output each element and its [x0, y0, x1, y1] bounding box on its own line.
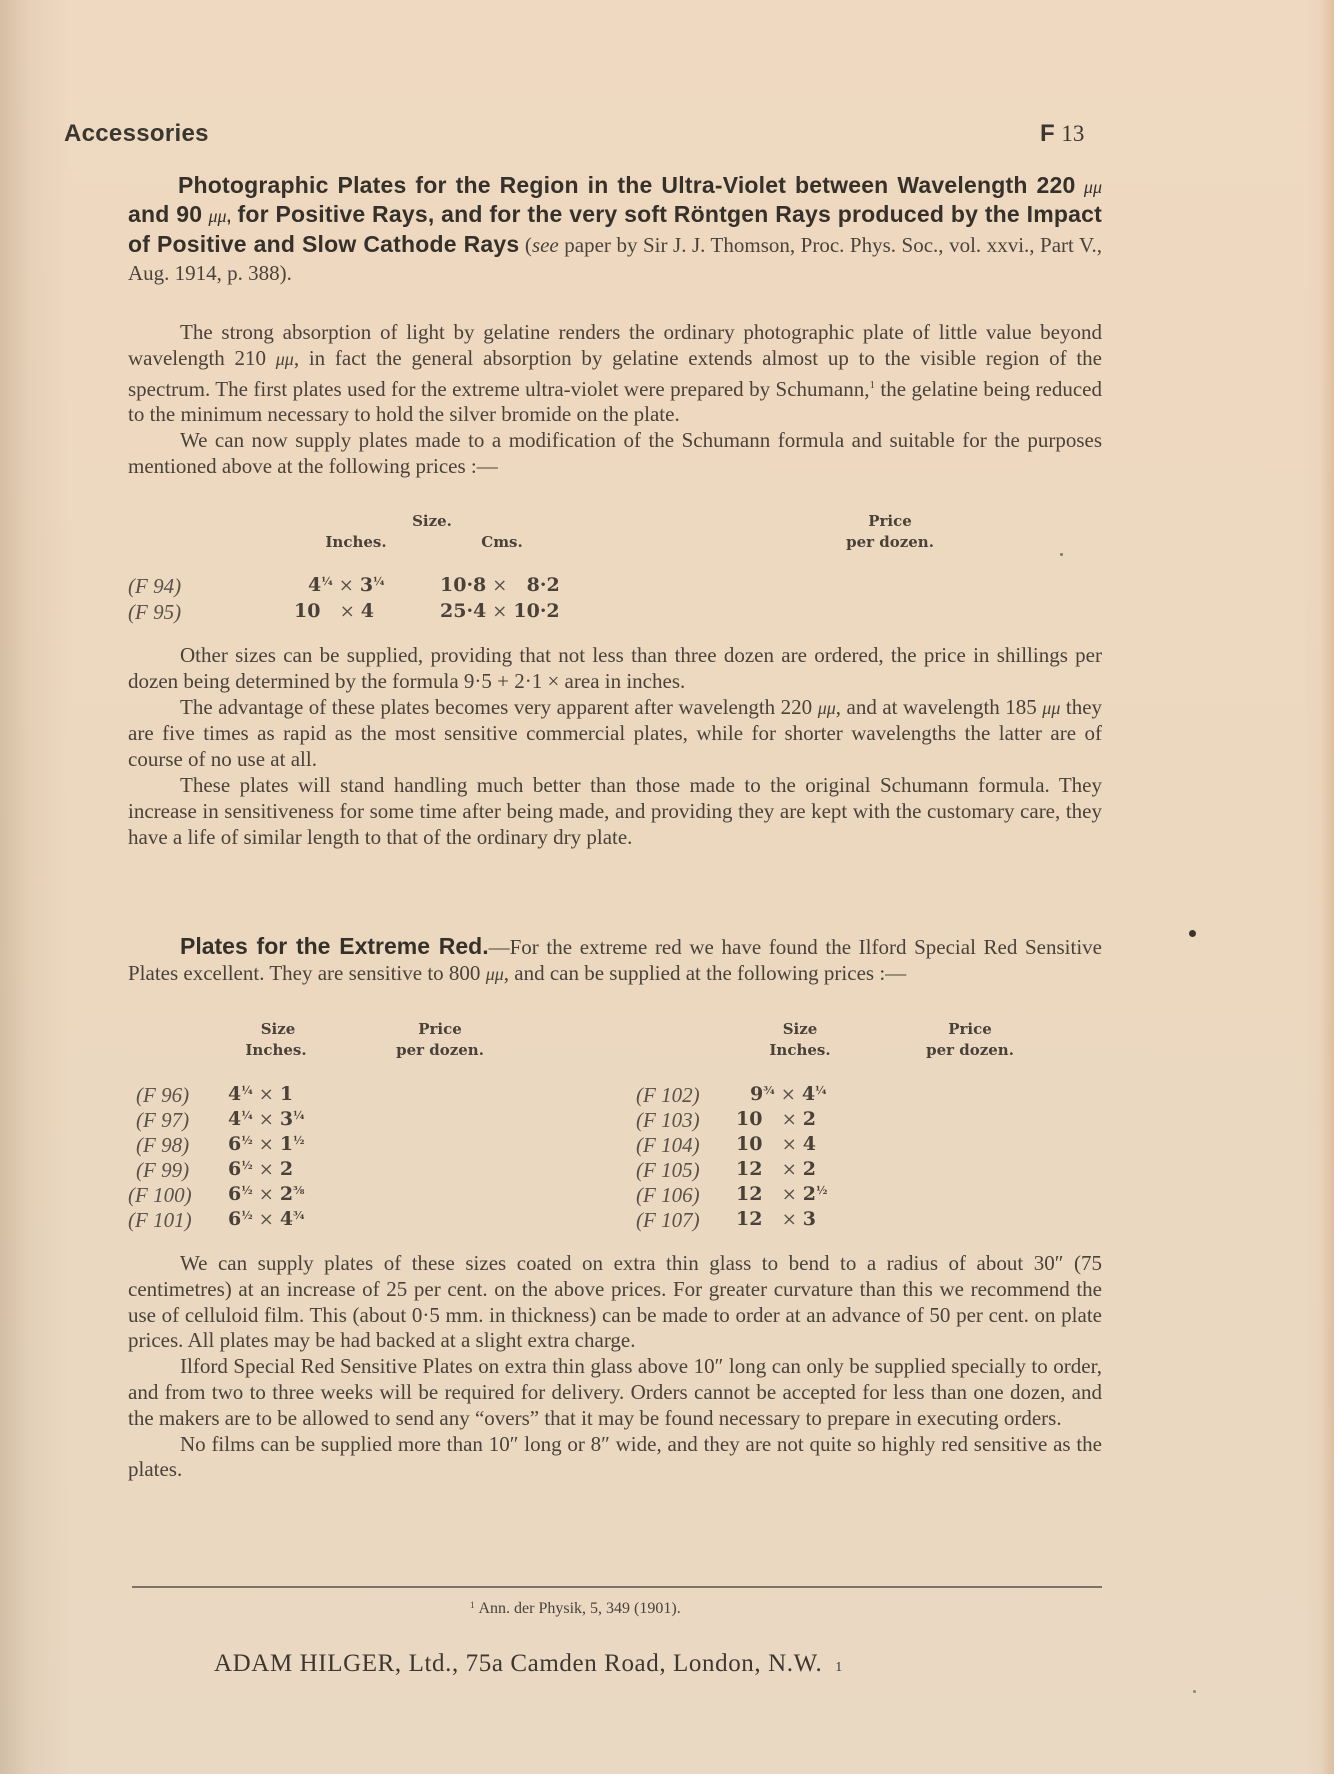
paper-speck [1060, 553, 1063, 556]
catalogue-page: Accessories F 13 Photographic Plates for… [0, 0, 1334, 1774]
table2-right-header-inches: Inches. [760, 1040, 840, 1060]
running-header-section: Accessories [64, 120, 209, 148]
table2-left-header-inches: Inches. [236, 1040, 316, 1060]
paragraph-films: No films can be supplied more than 10″ l… [128, 1432, 1102, 1484]
catalogue-code: (F 94) [128, 574, 181, 599]
paper-speck [1193, 1690, 1196, 1693]
section-title-ultra-violet: Photographic Plates for the Region in th… [128, 172, 1102, 287]
see-reference: see [532, 233, 559, 257]
table1-header-size: Size. [402, 511, 462, 531]
footnote-text: Ann. der Physik, 5, 349 (1901). [479, 1600, 681, 1617]
paragraph-supply-plates: We can now supply plates made to a modif… [128, 428, 1102, 480]
section-extreme-red-notes: We can supply plates of these sizes coat… [128, 1251, 1102, 1483]
section-title-extreme-red: Plates for the Extreme Red. [180, 933, 489, 959]
size-inches: 10 ×4 [294, 600, 374, 622]
unit-mu-mu: μμ [209, 206, 227, 226]
table2-right-header-size: Size [762, 1019, 838, 1039]
size-cms: 10·8× 8·2 [440, 574, 560, 596]
footnote: 1Ann. der Physik, 5, 349 (1901). [470, 1600, 681, 1618]
table1-header-cms: Cms. [472, 532, 532, 552]
footnote-divider [132, 1586, 1102, 1588]
table1-header-inches: Inches. [318, 532, 394, 552]
table2-right-header-per-dozen: per dozen. [910, 1040, 1030, 1060]
table2-left-header-price: Price [400, 1019, 480, 1039]
table1-header-per-dozen: per dozen. [830, 532, 950, 552]
page-letter: F [1040, 120, 1055, 147]
publisher-imprint: ADAM HILGER, Ltd., 75a Camden Road, Lond… [214, 1650, 843, 1678]
catalogue-code: (F 95) [128, 600, 181, 625]
paragraph-thin-glass: We can supply plates of these sizes coat… [128, 1251, 1102, 1354]
unit-mu-mu: μμ [276, 349, 294, 369]
table1-header-price: Price [840, 511, 940, 531]
unit-mu-mu: μμ [1084, 177, 1102, 197]
table2-right-header-price: Price [930, 1019, 1010, 1039]
paragraph-other-sizes: Other sizes can be supplied, providing t… [128, 643, 1102, 850]
paragraph-special-order: Ilford Special Red Sensitive Plates on e… [128, 1354, 1102, 1431]
running-header-page: F 13 [1040, 120, 1084, 148]
page-number: 13 [1061, 121, 1084, 146]
size-inches: 4¼×3¼ [308, 574, 385, 596]
title-part-1: Photographic Plates for the Region in th… [128, 172, 1075, 198]
table2-left-header-per-dozen: per dozen. [380, 1040, 500, 1060]
paragraph-advantage: The advantage of these plates becomes ve… [128, 695, 1102, 773]
paragraph-gelatine-absorption: The strong absorption of light by gelati… [128, 320, 1102, 480]
table2-left-header-size: Size [240, 1019, 316, 1039]
signature-mark: 1 [835, 1660, 843, 1675]
footnote-marker: 1 [470, 1600, 475, 1610]
size-cms: 25·4×10·2 [440, 600, 560, 622]
paper-speck [1189, 930, 1196, 937]
section-extreme-red-intro: Plates for the Extreme Red.—For the extr… [128, 934, 1102, 988]
paragraph-handling: These plates will stand handling much be… [128, 773, 1102, 850]
title-part-2: and 90 [128, 201, 202, 227]
